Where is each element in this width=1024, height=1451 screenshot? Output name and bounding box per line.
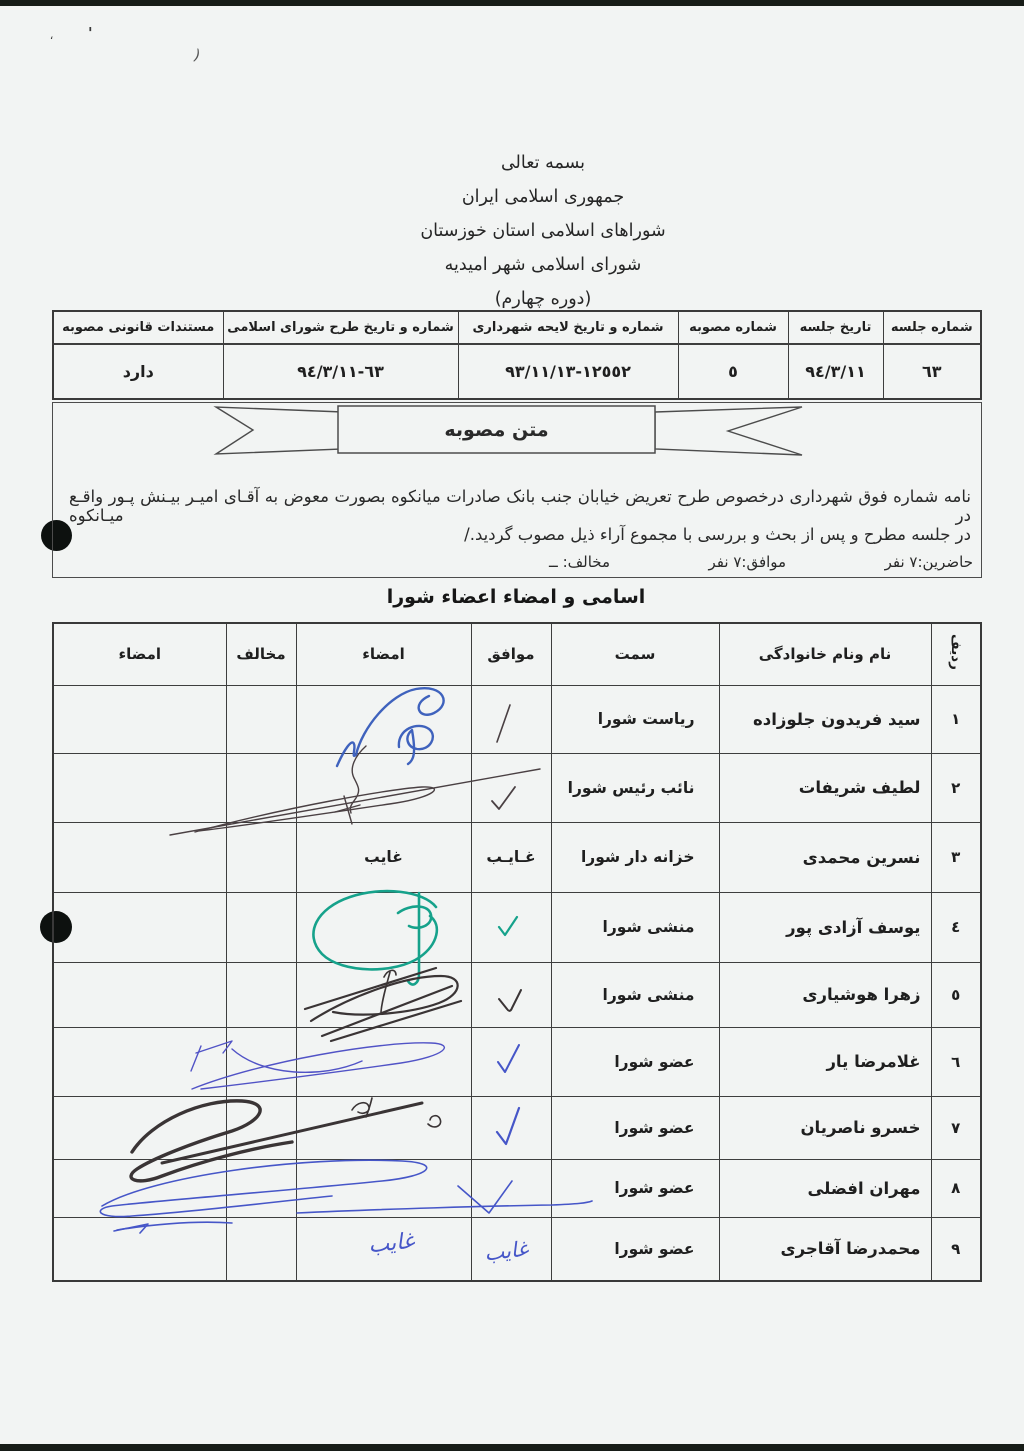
present-count: حاضرین:٧ نفر	[885, 553, 973, 571]
signature-cell-2	[53, 1217, 226, 1281]
signature-cell-2	[53, 892, 226, 962]
member-row: ٤ یوسف آزادی پور منشی شورا	[53, 892, 981, 962]
agree-cell	[471, 1027, 551, 1096]
col-bill-no-date: شماره و تاریخ لایحه شهرداری	[458, 311, 678, 344]
member-name: لطیف شریفات	[719, 753, 931, 822]
members-header-row: ردیف نام ونام خانوادگی سمت موافق امضاء م…	[53, 623, 981, 685]
members-table-title: اسامی و امضاء اعضاء شورا	[52, 586, 980, 608]
member-role: عضو شورا	[551, 1159, 719, 1217]
city-council-line: شورای اسلامی شهر امیدیه	[62, 248, 1024, 282]
bill-number: ٩٣/١١/١٣-١٢٥٥٢	[505, 362, 631, 381]
oppose-cell	[226, 822, 296, 892]
oppose-cell	[226, 685, 296, 753]
oppose-cell	[226, 1159, 296, 1217]
member-no: ٥	[931, 962, 981, 1027]
members-signature-table: ردیف نام ونام خانوادگی سمت موافق امضاء م…	[52, 622, 982, 1282]
resolution-text-box: متن مصوبه نامه شماره فوق شهرداری درخصوص …	[52, 402, 982, 578]
signature-cell	[296, 685, 471, 753]
agree-cell	[471, 685, 551, 753]
signature-cell	[296, 1027, 471, 1096]
signature-cell	[296, 753, 471, 822]
signature-cell-2	[53, 1096, 226, 1159]
member-role: عضو شورا	[551, 1217, 719, 1281]
member-name: غلامرضا یار	[719, 1027, 931, 1096]
member-role: خزانه دار شورا	[551, 822, 719, 892]
col-plan-no-date: شماره و تاریخ طرح شورای اسلامی	[223, 311, 458, 344]
member-no: ١	[931, 685, 981, 753]
oppose-cell	[226, 892, 296, 962]
agree-cell	[471, 962, 551, 1027]
member-role: منشی شورا	[551, 962, 719, 1027]
scan-edge-bottom	[0, 1444, 1024, 1451]
col-resolution-no: شماره مصوبه	[678, 311, 788, 344]
republic-line: جمهوری اسلامی ایران	[62, 180, 1024, 214]
member-row: ٧ خسرو ناصریان عضو شورا	[53, 1096, 981, 1159]
signature-cell-2	[53, 685, 226, 753]
member-name: نسرین محمدی	[719, 822, 931, 892]
plan-no-date-value: ٩٤/٣/١١-٦٣	[223, 344, 458, 399]
member-no: ٧	[931, 1096, 981, 1159]
signature-cell	[296, 1096, 471, 1159]
scan-speck: '	[88, 24, 93, 42]
signature-cell-2	[53, 753, 226, 822]
member-name: زهرا هوشیاری	[719, 962, 931, 1027]
scanned-document-page: ' ( ʻ بسمه تعالی جمهوری اسلامی ایران شور…	[0, 0, 1024, 1451]
member-row: ٢ لطیف شریفات نائب رئیس شورا	[53, 753, 981, 822]
signature-cell	[296, 1159, 471, 1217]
attendance-line: حاضرین:٧ نفر موافق:٧ نفر مخالف: ــ	[549, 553, 973, 571]
member-row: ٣ نسرین محمدی خزانه دار شورا غـایـب غایب	[53, 822, 981, 892]
col-signature: امضاء	[296, 623, 471, 685]
session-date-number: ٩٤/٣/١١	[805, 362, 866, 381]
member-row: ٨ مهران افضلی عضو شورا	[53, 1159, 981, 1217]
member-name: خسرو ناصریان	[719, 1096, 931, 1159]
col-position: سمت	[551, 623, 719, 685]
signature-cell-2	[53, 822, 226, 892]
col-signature-2: امضاء	[53, 623, 226, 685]
session-no-value: ٦٣	[883, 344, 981, 399]
col-oppose: مخالف	[226, 623, 296, 685]
bill-no-date-value: ٩٣/١١/١٣-١٢٥٥٢	[458, 344, 678, 399]
member-row: ٩ محمدرضا آقاجری عضو شورا	[53, 1217, 981, 1281]
resolution-meta-table: شماره جلسه تاریخ جلسه شماره مصوبه شماره …	[52, 310, 982, 400]
signature-cell-2	[53, 1159, 226, 1217]
member-name: محمدرضا آقاجری	[719, 1217, 931, 1281]
scan-speck: (	[191, 46, 202, 65]
member-name: یوسف آزادی پور	[719, 892, 931, 962]
scan-speck: ʻ	[50, 34, 54, 47]
meta-header-row: شماره جلسه تاریخ جلسه شماره مصوبه شماره …	[53, 311, 981, 344]
col-agree: موافق	[471, 623, 551, 685]
member-no: ٢	[931, 753, 981, 822]
member-role: نائب رئیس شورا	[551, 753, 719, 822]
resolution-no-number: ٥	[728, 362, 738, 381]
session-date-value: ٩٤/٣/١١	[788, 344, 883, 399]
signature-cell-2	[53, 962, 226, 1027]
legal-docs-value: دارد	[53, 344, 223, 399]
scan-edge-top	[0, 0, 1024, 6]
meta-value-row: ٦٣ ٩٤/٣/١١ ٥ ٩٣/١١/١٣-١٢٥٥٢ ٩٤/٣/١١-٦٣ د…	[53, 344, 981, 399]
member-row: ٦ غلامرضا یار عضو شورا	[53, 1027, 981, 1096]
resolution-no-value: ٥	[678, 344, 788, 399]
agree-cell	[471, 892, 551, 962]
member-row: ١ سید فریدون جلوزاده ریاست شورا	[53, 685, 981, 753]
agree-cell	[471, 1096, 551, 1159]
member-role: ریاست شورا	[551, 685, 719, 753]
oppose-cell	[226, 1217, 296, 1281]
session-no-number: ٦٣	[922, 362, 942, 381]
member-no: ٩	[931, 1217, 981, 1281]
resolution-body-line2: در جلسه مطرح و پس از بحث و بررسی با مجمو…	[69, 525, 971, 544]
agree-cell: غـایـب	[471, 822, 551, 892]
col-row-number: ردیف	[931, 623, 981, 685]
member-role: منشی شورا	[551, 892, 719, 962]
oppose-cell	[226, 1027, 296, 1096]
signature-cell	[296, 962, 471, 1027]
member-role: عضو شورا	[551, 1027, 719, 1096]
oppose-count: مخالف: ــ	[549, 553, 610, 571]
member-no: ٣	[931, 822, 981, 892]
member-name: مهران افضلی	[719, 1159, 931, 1217]
col-session-date: تاریخ جلسه	[788, 311, 883, 344]
member-role: عضو شورا	[551, 1096, 719, 1159]
oppose-cell	[226, 1096, 296, 1159]
row-number-label: ردیف	[948, 634, 964, 670]
col-legal-docs: مستندات قانونی مصوبه	[53, 311, 223, 344]
plan-number: ٩٤/٣/١١-٦٣	[297, 362, 384, 381]
signature-cell-2	[53, 1027, 226, 1096]
col-full-name: نام ونام خانوادگی	[719, 623, 931, 685]
agree-count: موافق:٧ نفر	[709, 553, 787, 571]
agree-cell	[471, 753, 551, 822]
ribbon-title: متن مصوبه	[338, 408, 655, 452]
oppose-cell	[226, 962, 296, 1027]
besmele-line: بسمه تعالی	[62, 146, 1024, 180]
letterhead: بسمه تعالی جمهوری اسلامی ایران شوراهای ا…	[0, 146, 1024, 316]
member-row: ٥ زهرا هوشیاری منشی شورا	[53, 962, 981, 1027]
col-session-no: شماره جلسه	[883, 311, 981, 344]
oppose-cell	[226, 753, 296, 822]
member-no: ٨	[931, 1159, 981, 1217]
resolution-body-line1: نامه شماره فوق شهرداری درخصوص طرح تعریض …	[69, 487, 971, 525]
signature-cell	[296, 892, 471, 962]
agree-cell	[471, 1217, 551, 1281]
member-name: سید فریدون جلوزاده	[719, 685, 931, 753]
member-no: ٦	[931, 1027, 981, 1096]
signature-cell: غایب	[296, 822, 471, 892]
signature-cell	[296, 1217, 471, 1281]
province-council-line: شوراهای اسلامی استان خوزستان	[62, 214, 1024, 248]
agree-cell	[471, 1159, 551, 1217]
member-no: ٤	[931, 892, 981, 962]
